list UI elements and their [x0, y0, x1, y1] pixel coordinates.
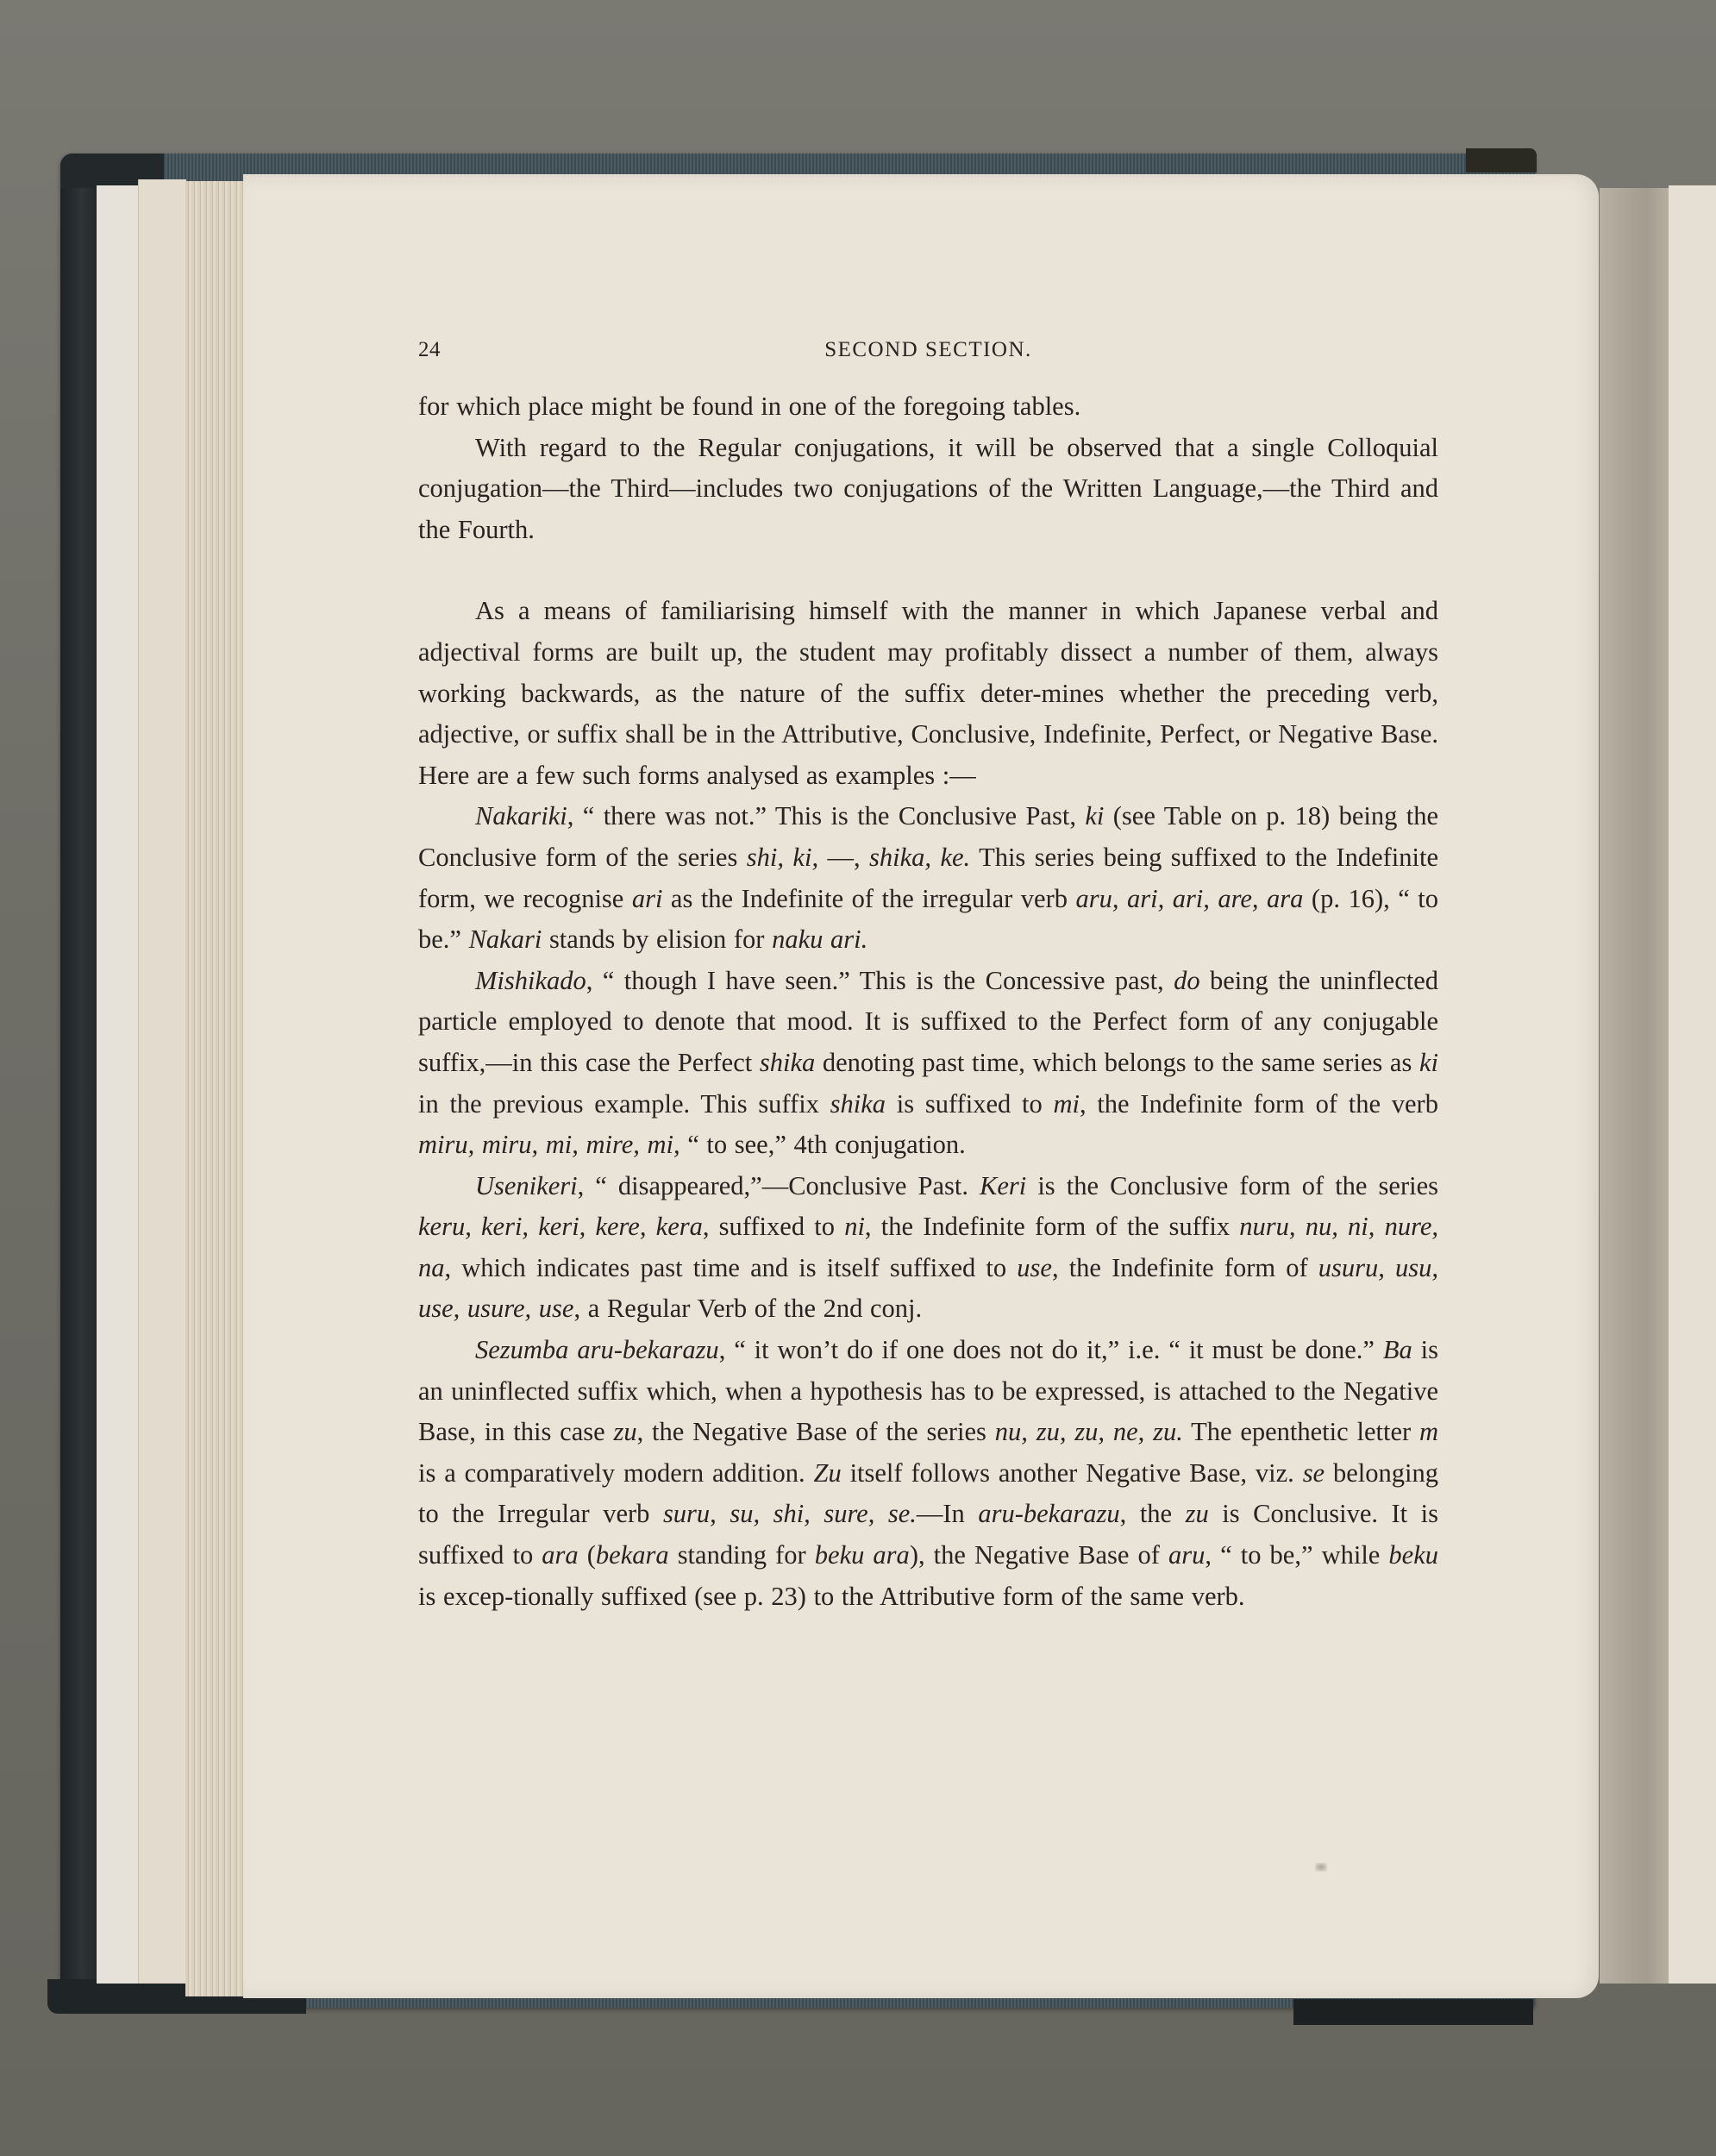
italic-term: shika	[830, 1089, 886, 1119]
italic-term: Ba	[1383, 1335, 1412, 1364]
italic-term: Zu	[813, 1458, 841, 1488]
italic-term: beku	[1388, 1540, 1438, 1570]
italic-term: ki	[1419, 1048, 1438, 1077]
italic-term: miru, miru, mi, mire, mi,	[418, 1130, 680, 1159]
text-block: 24 SECOND SECTION. for which place might…	[418, 328, 1438, 1617]
paragraph-means-of-familiarising: As a means of familiarising himself with…	[418, 591, 1438, 796]
section-title: SECOND SECTION.	[418, 338, 1438, 362]
paragraph-nakariki: Nakariki, “ there was not.” This is the …	[418, 796, 1438, 960]
italic-term: use	[1017, 1253, 1052, 1282]
italic-term: Nakariki	[475, 801, 567, 830]
paragraph-sezumba: Sezumba aru-bekarazu, “ it won’t do if o…	[418, 1330, 1438, 1617]
italic-term: Sezumba aru-bekarazu	[475, 1335, 719, 1364]
italic-term: mi	[1053, 1089, 1080, 1119]
italic-term: aru-bekarazu	[978, 1499, 1119, 1528]
paragraph-usenikeri: Usenikeri, “ disappeared,”—Conclusive Pa…	[418, 1166, 1438, 1330]
italic-term: ari	[632, 884, 663, 913]
italic-term: Mishikado	[475, 966, 586, 995]
italic-term: zu	[1186, 1499, 1209, 1528]
italic-term: se	[1303, 1458, 1325, 1488]
italic-term: shi, ki,	[747, 843, 818, 872]
italic-term: Usenikeri	[475, 1171, 578, 1200]
paragraph-continuation: for which place might be found in one of…	[418, 386, 1438, 428]
italic-term: bekara	[596, 1540, 669, 1570]
paragraph-mishikado: Mishikado, “ though I have seen.” This i…	[418, 961, 1438, 1166]
italic-term: suru, su, shi, sure, se.	[663, 1499, 917, 1528]
leather-spine-edge	[60, 154, 97, 2008]
leather-corner-bottom-right	[1293, 1999, 1533, 2025]
italic-term: shika	[760, 1048, 815, 1077]
page-smudge	[1315, 1863, 1327, 1871]
italic-term: ki	[1085, 801, 1104, 830]
gutter-shadow	[1600, 188, 1677, 1984]
page-edges	[185, 181, 246, 1996]
italic-term: ara	[542, 1540, 578, 1570]
leather-corner-top-right	[1466, 148, 1537, 172]
running-head: 24 SECOND SECTION.	[418, 328, 1438, 369]
italic-term: ni	[844, 1212, 865, 1241]
facing-page-edge	[1669, 185, 1716, 1984]
italic-term: Nakari	[469, 924, 542, 954]
italic-term: m	[1419, 1417, 1438, 1446]
italic-term: zu	[613, 1417, 636, 1446]
italic-term: usuru, usu, use, usure, use	[418, 1253, 1438, 1324]
italic-term: nu, zu, zu, ne, zu.	[995, 1417, 1183, 1446]
italic-term: naku ari.	[772, 924, 867, 954]
italic-term: aru	[1168, 1540, 1205, 1570]
flyleaf-inner	[138, 179, 186, 1984]
italic-term: beku ara	[815, 1540, 910, 1570]
paragraph-regular-conjugations: With regard to the Regular conjugations,…	[418, 428, 1438, 551]
flyleaf	[97, 185, 138, 1984]
italic-term: aru, ari, ari, are, ara	[1075, 884, 1303, 913]
italic-term: Keri	[980, 1171, 1026, 1200]
italic-term: do	[1174, 966, 1200, 995]
italic-term: keru, keri, keri, kere, kera	[418, 1212, 703, 1241]
italic-term: shika, ke.	[869, 843, 970, 872]
